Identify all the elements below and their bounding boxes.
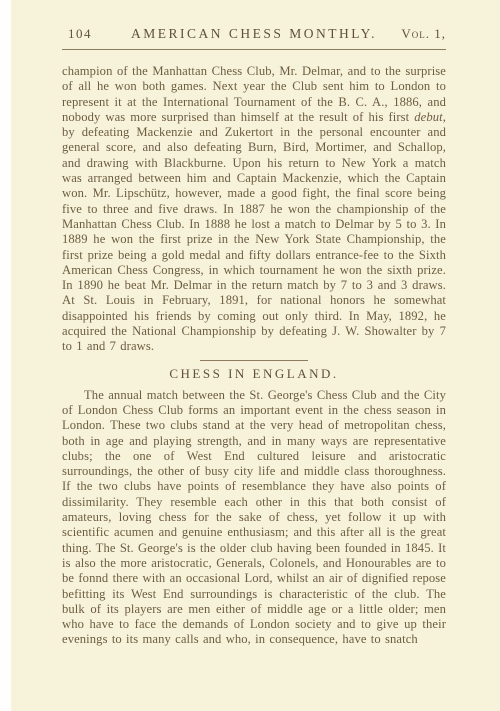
volume-label: Vol. 1, <box>401 26 446 42</box>
article-continuation-paragraph: champion of the Manhattan Chess Club, Mr… <box>62 64 446 355</box>
page-number: 104 <box>68 26 92 42</box>
page-content: 104 AMERICAN CHESS MONTHLY. Vol. 1, cham… <box>11 0 500 648</box>
paragraph-text-before-italic: champion of the Manhattan Chess Club, Mr… <box>62 64 446 124</box>
section-divider-rule <box>200 360 308 361</box>
paragraph-text-after-italic: , by defeating Mackenzie and Zukertort i… <box>62 110 446 353</box>
header-rule <box>62 49 446 50</box>
italic-word: debut <box>414 110 442 124</box>
running-header: 104 AMERICAN CHESS MONTHLY. Vol. 1, <box>62 26 446 43</box>
scanned-page-background: 104 AMERICAN CHESS MONTHLY. Vol. 1, cham… <box>0 0 500 711</box>
article-body-paragraph: The annual match between the St. George'… <box>62 388 446 648</box>
magazine-page: 104 AMERICAN CHESS MONTHLY. Vol. 1, cham… <box>11 0 500 711</box>
journal-title: AMERICAN CHESS MONTHLY. <box>62 26 446 42</box>
section-heading: CHESS IN ENGLAND. <box>62 366 446 382</box>
